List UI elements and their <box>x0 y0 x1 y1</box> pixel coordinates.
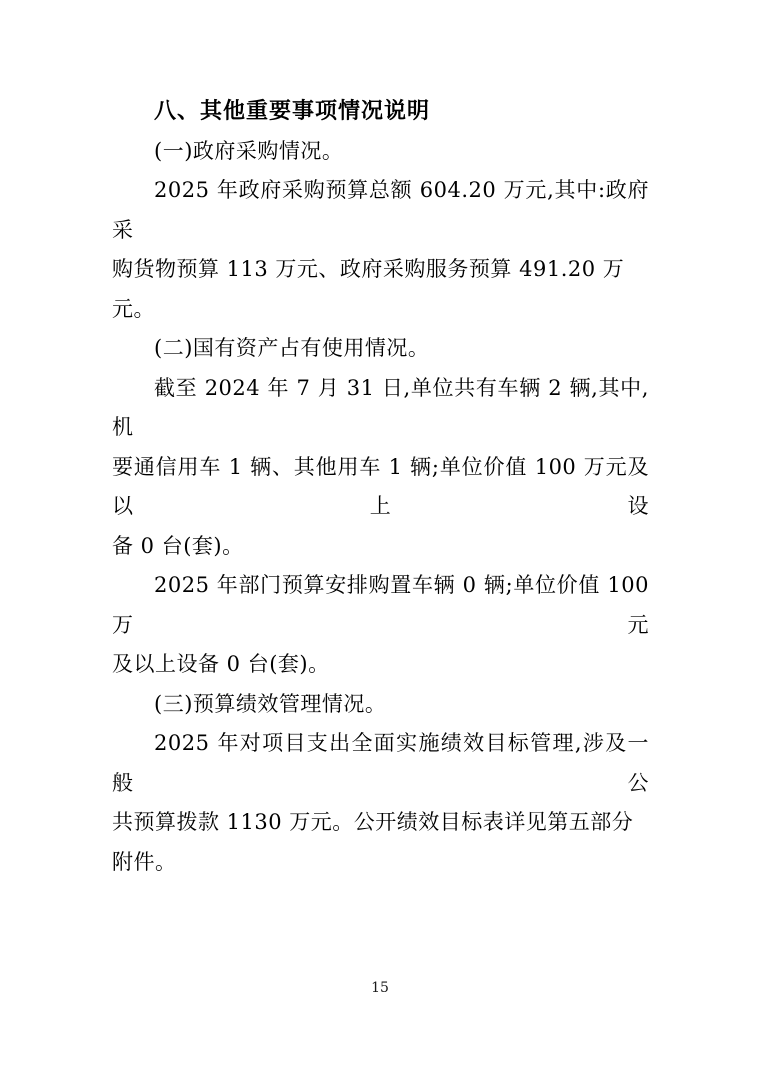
paragraph-line: 2025 年对项目支出全面实施绩效目标管理,涉及一般公 <box>112 724 649 803</box>
paragraph-line: 购货物预算 113 万元、政府采购服务预算 491.20 万元。 <box>112 250 649 329</box>
document-page: 八、其他重要事项情况说明 (一)政府采购情况。 2025 年政府采购预算总额 6… <box>0 0 760 1074</box>
paragraph-line: 2025 年部门预算安排购置车辆 0 辆;单位价值 100 万元 <box>112 566 649 645</box>
subsection-heading-2: (二)国有资产占有使用情况。 <box>112 329 649 369</box>
paragraph-line: 备 0 台(套)。 <box>112 527 649 567</box>
paragraph-line: 要通信用车 1 辆、其他用车 1 辆;单位价值 100 万元及以上设 <box>112 448 649 527</box>
paragraph-line: 及以上设备 0 台(套)。 <box>112 645 649 685</box>
subsection-heading-3: (三)预算绩效管理情况。 <box>112 685 649 725</box>
paragraph-line: 截至 2024 年 7 月 31 日,单位共有车辆 2 辆,其中,机 <box>112 369 649 448</box>
page-number: 15 <box>0 978 760 998</box>
section-heading: 八、其他重要事项情况说明 <box>112 92 649 132</box>
paragraph-line: 2025 年政府采购预算总额 604.20 万元,其中:政府采 <box>112 171 649 250</box>
document-body: 八、其他重要事项情况说明 (一)政府采购情况。 2025 年政府采购预算总额 6… <box>112 92 649 882</box>
paragraph-line: 共预算拨款 1130 万元。公开绩效目标表详见第五部分附件。 <box>112 803 649 882</box>
subsection-heading-1: (一)政府采购情况。 <box>112 132 649 172</box>
